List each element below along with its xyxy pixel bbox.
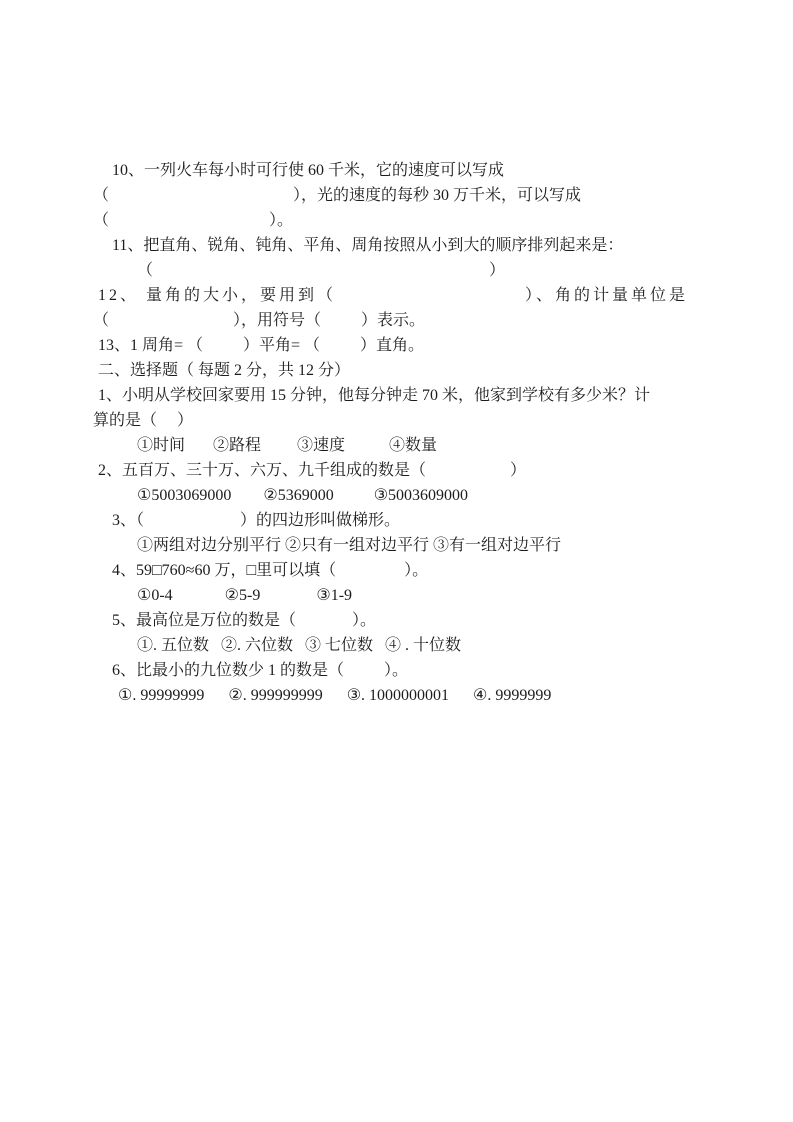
document-page: 10、一列火车每小时可行使 60 千米，它的速度可以写成 （ ），光的速度的每秒…: [0, 0, 793, 1122]
choice-q1-options: ①时间 ②路程 ③速度 ④数量: [0, 433, 793, 458]
choice-q1-line-1: 1、小明从学校回家要用 15 分钟，他每分钟走 70 米，他家到学校有多少米？计: [0, 383, 793, 408]
question-11-line-1: 11、把直角、锐角、钝角、平角、周角按照从小到大的顺序排列起来是：: [0, 233, 793, 258]
document-content: 10、一列火车每小时可行使 60 千米，它的速度可以写成 （ ），光的速度的每秒…: [0, 158, 793, 708]
choice-q6-options: ①. 99999999 ②. 999999999 ③. 1000000001 ④…: [0, 683, 793, 708]
choice-q6-line-1: 6、比最小的九位数少 1 的数是（ ）。: [0, 658, 793, 683]
question-10-blank-line-2: （ ）。: [0, 208, 793, 233]
section-2-header: 二、选择题（ 每题 2 分，共 12 分）: [0, 358, 793, 383]
question-10-blank-line-1: （ ），光的速度的每秒 30 万千米，可以写成: [0, 183, 793, 208]
question-10-line-1: 10、一列火车每小时可行使 60 千米，它的速度可以写成: [0, 158, 793, 183]
question-12-line-2: （ ），用符号（ ）表示。: [0, 308, 793, 333]
choice-q5-line-1: 5、最高位是万位的数是（ ）。: [0, 608, 793, 633]
question-11-answer-blank: （ ）: [0, 258, 793, 283]
choice-q3-line-1: 3、（ ）的四边形叫做梯形。: [0, 508, 793, 533]
question-13: 13、1 周角= （ ）平角= （ ）直角。: [0, 333, 793, 358]
choice-q5-options: ①. 五位数 ②. 六位数 ③ 七位数 ④ . 十位数: [0, 633, 793, 658]
choice-q1-line-2: 算的是（ ）: [0, 408, 793, 433]
choice-q4-line-1: 4、59□760≈60 万，□里可以填（ ）。: [0, 558, 793, 583]
choice-q2-options: ①5003069000 ②5369000 ③5003609000: [0, 483, 793, 508]
choice-q4-options: ①0-4 ②5-9 ③1-9: [0, 583, 793, 608]
question-12-line-1: 12、 量角的大小，要用到（ ）、角的计量单位是: [0, 283, 793, 308]
choice-q3-options: ①两组对边分别平行 ②只有一组对边平行 ③有一组对边平行: [0, 533, 793, 558]
choice-q2-line-1: 2、五百万、三十万、六万、九千组成的数是（ ）: [0, 458, 793, 483]
